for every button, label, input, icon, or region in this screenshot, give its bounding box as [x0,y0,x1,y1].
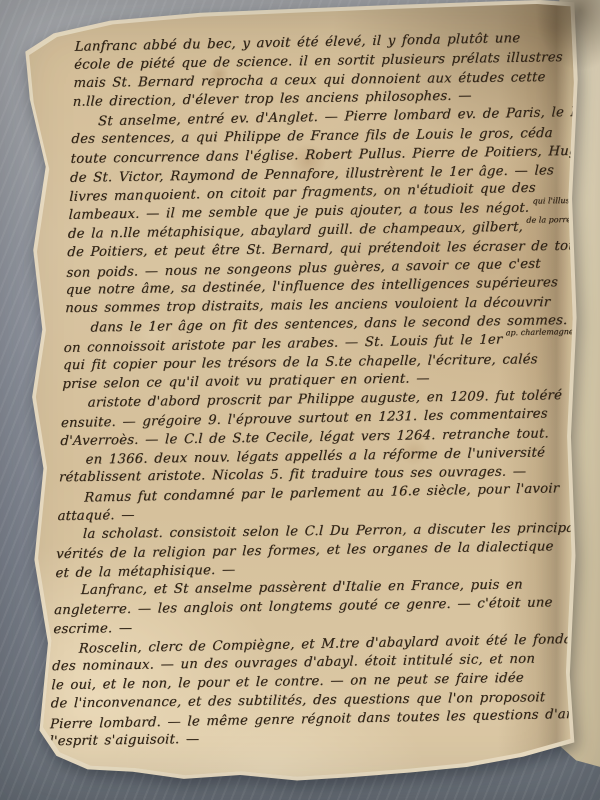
manuscript-page: Lanfranc abbé du bec, y avoit été élevé,… [18,4,576,790]
interlinear-insert: de la porrée [526,216,576,225]
photo-background: Lanfranc abbé du bec, y avoit été élevé,… [0,0,600,800]
manuscript-page-wrap: Lanfranc abbé du bec, y avoit été élevé,… [14,0,580,794]
manuscript-text: Lanfranc abbé du bec, y avoit été élevé,… [49,30,587,753]
interlinear-insert: ap. charlemagne [506,328,574,337]
